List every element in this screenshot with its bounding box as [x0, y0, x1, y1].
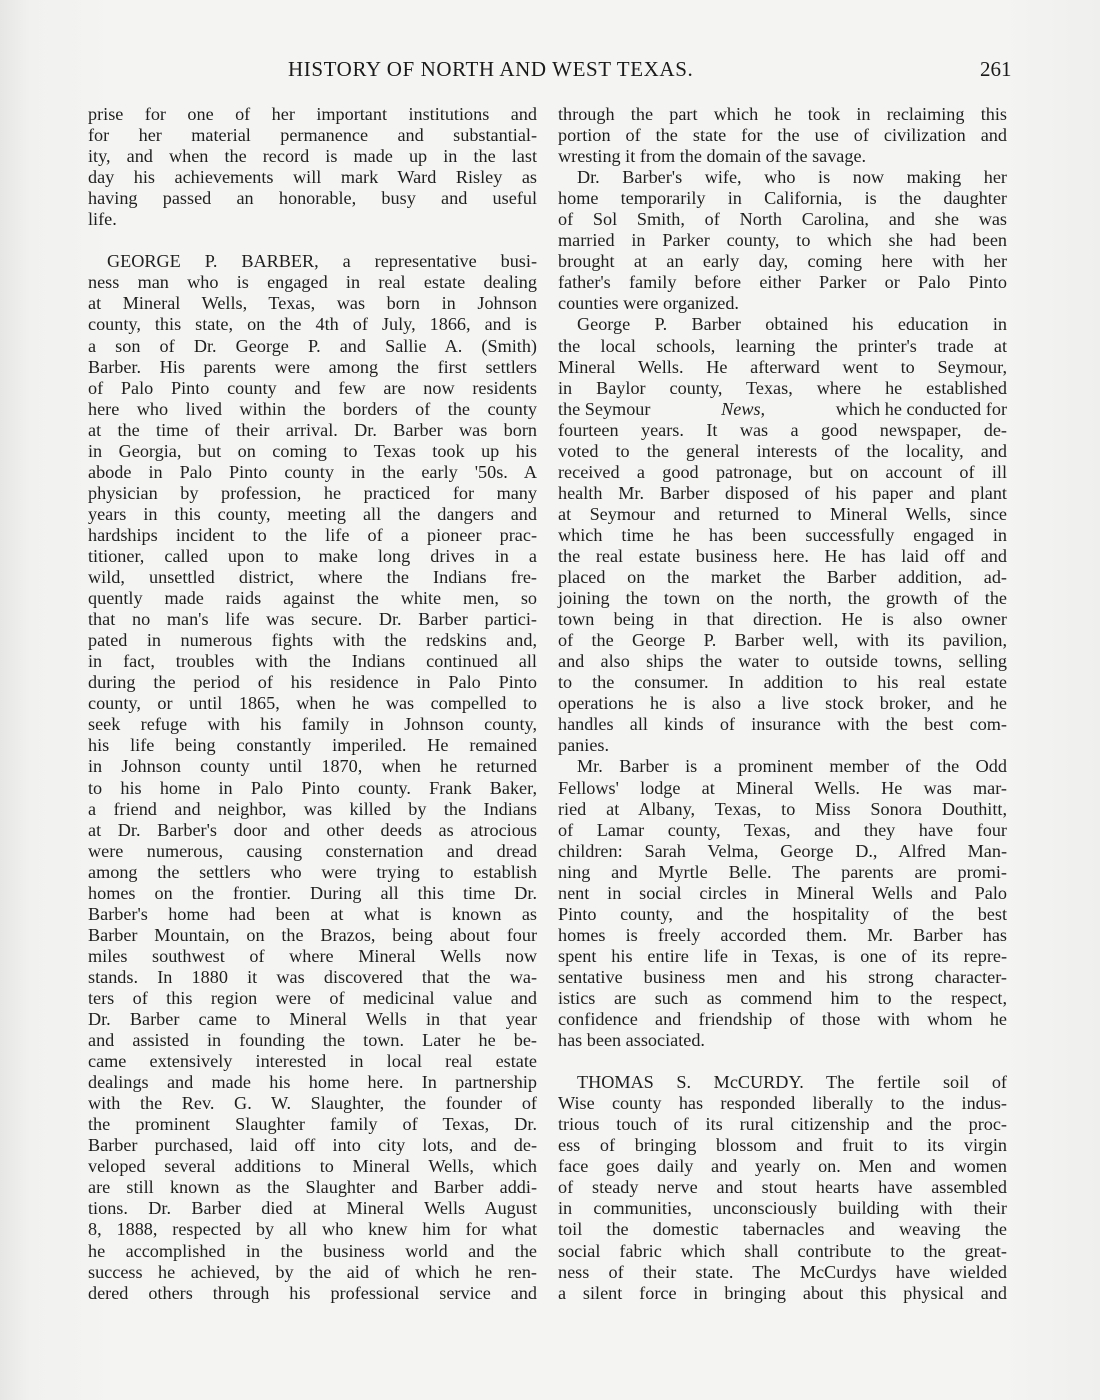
text-line: for her material permanence and substant… — [88, 125, 537, 146]
text-line: toil the domestic tabernacles and weavin… — [558, 1219, 1007, 1240]
text-line: dealings and made his home here. In part… — [88, 1072, 537, 1093]
text-line: miles southwest of where Mineral Wells n… — [88, 946, 537, 967]
text-line: quently made raids against the white men… — [88, 588, 537, 609]
text-line: of steady nerve and stout hearts have as… — [558, 1177, 1007, 1198]
text-line: voted to the general interests of the lo… — [558, 441, 1007, 462]
text-line: operations he is also a live stock broke… — [558, 693, 1007, 714]
newspaper-title: News, — [721, 399, 765, 420]
text-line: of Lamar county, Texas, and they have fo… — [558, 820, 1007, 841]
text-line: ness man who is engaged in real estate d… — [88, 272, 537, 293]
text-line: here who lived within the borders of the… — [88, 399, 537, 420]
text-line: county, or until 1865, when he was compe… — [88, 693, 537, 714]
text-line: a friend and neighbor, was killed by the… — [88, 799, 537, 820]
text-line: dered others through his professional se… — [88, 1283, 537, 1304]
text-line: istics are such as commend him to the re… — [558, 988, 1007, 1009]
text-line: prise for one of her important instituti… — [88, 104, 537, 125]
text-line: sentative business men and his strong ch… — [558, 967, 1007, 988]
text-line: pated in numerous fights with the redski… — [88, 630, 537, 651]
text-line: trious touch of its rural citizenship an… — [558, 1114, 1007, 1135]
text-line: in fact, troubles with the Indians conti… — [88, 651, 537, 672]
paragraph-george-education-career: George P. Barber obtained his education … — [558, 314, 1007, 756]
text-line: nent in social circles in Mineral Wells … — [558, 883, 1007, 904]
text-line: brought at an early day, coming here wit… — [558, 251, 1007, 272]
paragraph-barber-bio-cont: through the part which he took in reclai… — [558, 104, 1007, 167]
text-line: stands. In 1880 it was discovered that t… — [88, 967, 537, 988]
text-line: at Mineral Wells, Texas, was born in Joh… — [88, 293, 537, 314]
text-line: his life being constantly imperiled. He … — [88, 735, 537, 756]
paragraph-barber-wife: Dr. Barber's wife, who is now making her… — [558, 167, 1007, 314]
text-line: Barber's home had been at what is known … — [88, 904, 537, 925]
right-column: through the part which he took in reclai… — [558, 104, 1007, 1304]
text-line: a son of Dr. George P. and Sallie A. (Sm… — [88, 336, 537, 357]
text-line: handles all kinds of insurance with the … — [558, 714, 1007, 735]
text-line: Barber Mountain, on the Brazos, being ab… — [88, 925, 537, 946]
text-line: confidence and friendship of those with … — [558, 1009, 1007, 1030]
text-line: day his achievements will mark Ward Risl… — [88, 167, 537, 188]
text-line: Dr. Barber came to Mineral Wells in that… — [88, 1009, 537, 1030]
text-line: fourteen years. It was a good newspaper,… — [558, 420, 1007, 441]
text-line: father's family before either Parker or … — [558, 272, 1007, 293]
text-line: a silent force in bringing about this ph… — [558, 1283, 1007, 1304]
paragraph-george-barber-bio: GEORGE P. BARBER, a representative busi-… — [88, 251, 537, 1303]
text-segment: the Seymour — [558, 399, 655, 420]
text-line: to his home in Palo Pinto county. Frank … — [88, 778, 537, 799]
text-line: at the time of their arrival. Dr. Barber… — [88, 420, 537, 441]
text-line: the local schools, learning the printer'… — [558, 336, 1007, 357]
text-line: Barber purchased, laid off into city lot… — [88, 1135, 537, 1156]
text-line: at Seymour and returned to Mineral Wells… — [558, 504, 1007, 525]
page-number: 261 — [980, 57, 1012, 82]
text-line: ess of bringing blossom and fruit to its… — [558, 1135, 1007, 1156]
text-line: in Baylor county, Texas, where he establ… — [558, 378, 1007, 399]
text-line: wild, unsettled district, where the Indi… — [88, 567, 537, 588]
left-column: prise for one of her important instituti… — [88, 104, 537, 1304]
text-line: homes is freely accorded them. Mr. Barbe… — [558, 925, 1007, 946]
text-line: during the period of his residence in Pa… — [88, 672, 537, 693]
text-line: wresting it from the domain of the savag… — [558, 146, 1007, 167]
text-line: portion of the state for the use of civi… — [558, 125, 1007, 146]
text-line: George P. Barber obtained his education … — [558, 314, 1007, 335]
text-line: veloped several additions to Mineral Wel… — [88, 1156, 537, 1177]
text-line: THOMAS S. McCURDY. The fertile soil of — [558, 1072, 1007, 1093]
text-line: married in Parker county, to which she h… — [558, 230, 1007, 251]
text-line: the real estate business here. He has la… — [558, 546, 1007, 567]
text-line: homes on the frontier. During all this t… — [88, 883, 537, 904]
text-line: and also ships the water to outside town… — [558, 651, 1007, 672]
text-line: were numerous, causing consternation and… — [88, 841, 537, 862]
text-line: in communities, unconsciously building w… — [558, 1198, 1007, 1219]
running-head: HISTORY OF NORTH AND WEST TEXAS. 261 — [0, 55, 1100, 85]
text-line: among the settlers who were trying to es… — [88, 862, 537, 883]
text-line: home temporarily in California, is the d… — [558, 188, 1007, 209]
book-page: HISTORY OF NORTH AND WEST TEXAS. 261 pri… — [0, 0, 1100, 1400]
text-line: of Palo Pinto county and few are now res… — [88, 378, 537, 399]
text-line: having passed an honorable, busy and use… — [88, 188, 537, 209]
text-line: Wise county has responded liberally to t… — [558, 1093, 1007, 1114]
text-line: ried at Albany, Texas, to Miss Sonora Do… — [558, 799, 1007, 820]
text-line: ning and Myrtle Belle. The parents are p… — [558, 862, 1007, 883]
text-line: spent his entire life in Texas, is one o… — [558, 946, 1007, 967]
text-line: abode in Palo Pinto county in the early … — [88, 462, 537, 483]
text-line: that no man's life was secure. Dr. Barbe… — [88, 609, 537, 630]
text-line: in Georgia, but on coming to Texas took … — [88, 441, 537, 462]
text-line: placed on the market the Barber addition… — [558, 567, 1007, 588]
text-line: through the part which he took in reclai… — [558, 104, 1007, 125]
text-line: ity, and when the record is made up in t… — [88, 146, 537, 167]
text-line: Fellows' lodge at Mineral Wells. He was … — [558, 778, 1007, 799]
text-line: with the Rev. G. W. Slaughter, the found… — [88, 1093, 537, 1114]
text-line: panies. — [558, 735, 1007, 756]
text-line: life. — [88, 209, 537, 230]
text-line: counties were organized. — [558, 293, 1007, 314]
text-line-seymour-news: the Seymour News, which he conducted for — [558, 399, 1007, 420]
text-line: success he achieved, by the aid of which… — [88, 1262, 537, 1283]
text-line: 8, 1888, respected by all who knew him f… — [88, 1219, 537, 1240]
text-line: county, this state, on the 4th of July, … — [88, 314, 537, 335]
text-line: ters of this region were of medicinal va… — [88, 988, 537, 1009]
text-line: tions. Dr. Barber died at Mineral Wells … — [88, 1198, 537, 1219]
text-line: has been associated. — [558, 1030, 1007, 1051]
text-line: are still known as the Slaughter and Bar… — [88, 1177, 537, 1198]
running-title: HISTORY OF NORTH AND WEST TEXAS. — [288, 57, 693, 82]
text-line: Mr. Barber is a prominent member of the … — [558, 756, 1007, 777]
text-line: children: Sarah Velma, George D., Alfred… — [558, 841, 1007, 862]
text-line: physician by profession, he practiced fo… — [88, 483, 537, 504]
text-line: social fabric which shall contribute to … — [558, 1241, 1007, 1262]
text-line: the prominent Slaughter family of Texas,… — [88, 1114, 537, 1135]
text-line: health Mr. Barber disposed of his paper … — [558, 483, 1007, 504]
text-line: titioner, called upon to make long drive… — [88, 546, 537, 567]
text-line: came extensively interested in local rea… — [88, 1051, 537, 1072]
text-line: face goes daily and yearly on. Men and w… — [558, 1156, 1007, 1177]
text-line: hardships incident to the life of a pion… — [88, 525, 537, 546]
paragraph-barber-family: Mr. Barber is a prominent member of the … — [558, 756, 1007, 1051]
text-line: in Johnson county until 1870, when he re… — [88, 756, 537, 777]
text-segment: which he conducted for — [831, 399, 1007, 420]
text-line: Barber. His parents were among the first… — [88, 357, 537, 378]
text-line: town being in that direction. He is also… — [558, 609, 1007, 630]
text-line: seek refuge with his family in Johnson c… — [88, 714, 537, 735]
paragraph-gap — [558, 1051, 1007, 1072]
paragraph-gap — [88, 230, 537, 251]
text-line: of Sol Smith, of North Carolina, and she… — [558, 209, 1007, 230]
paragraph-thomas-mccurdy-bio: THOMAS S. McCURDY. The fertile soil of W… — [558, 1072, 1007, 1304]
text-line: GEORGE P. BARBER, a representative busi- — [88, 251, 537, 272]
paragraph-risley-ending: prise for one of her important instituti… — [88, 104, 537, 230]
text-line: joining the town on the north, the growt… — [558, 588, 1007, 609]
text-line: Pinto county, and the hospitality of the… — [558, 904, 1007, 925]
text-line: which time he has been successfully enga… — [558, 525, 1007, 546]
text-line: at Dr. Barber's door and other deeds as … — [88, 820, 537, 841]
text-line: Mineral Wells. He afterward went to Seym… — [558, 357, 1007, 378]
text-line: and assisted in founding the town. Later… — [88, 1030, 537, 1051]
text-line: ness of their state. The McCurdys have w… — [558, 1262, 1007, 1283]
text-line: years in this county, meeting all the da… — [88, 504, 537, 525]
text-line: to the consumer. In addition to his real… — [558, 672, 1007, 693]
text-line: of the George P. Barber well, with its p… — [558, 630, 1007, 651]
text-line: received a good patronage, but on accoun… — [558, 462, 1007, 483]
text-line: he accomplished in the business world an… — [88, 1241, 537, 1262]
text-line: Dr. Barber's wife, who is now making her — [558, 167, 1007, 188]
